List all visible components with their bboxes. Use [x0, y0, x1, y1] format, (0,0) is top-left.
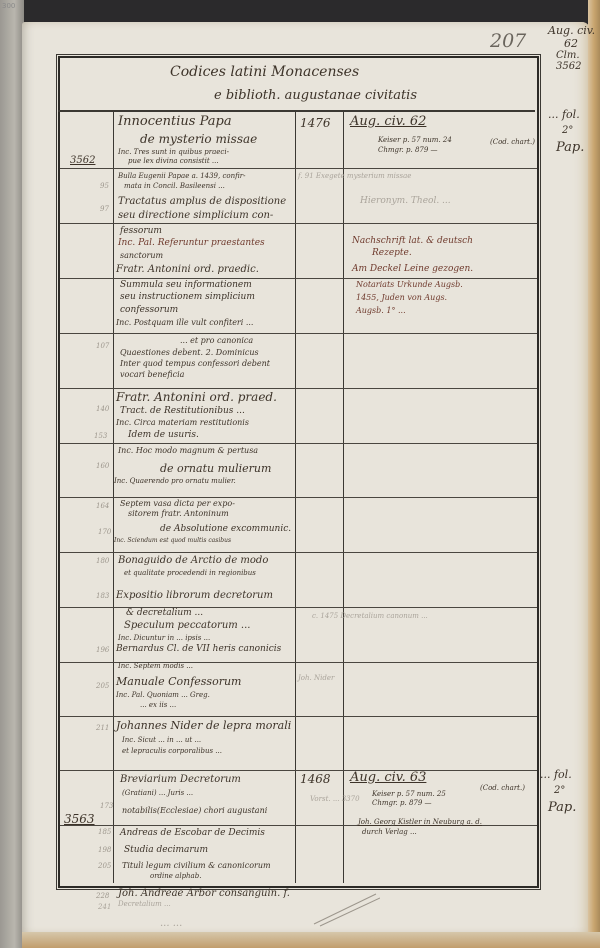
pencil-strike-icon — [310, 890, 380, 930]
margin-format-upper: ... fol. 2° Pap. — [548, 108, 598, 155]
folio: 153 — [94, 432, 107, 440]
folio: 211 — [96, 724, 109, 732]
row-divider — [60, 497, 537, 498]
row-divider — [60, 716, 537, 717]
folio: 95 — [100, 182, 109, 190]
shelfmark: 3563 — [64, 812, 95, 826]
scan-top-shadow — [0, 0, 600, 24]
margin-shelfmark-top: Aug. civ. 62 Clm. 3562 — [548, 24, 598, 72]
folio: 164 — [96, 502, 109, 510]
folio-number: 207 — [490, 30, 526, 52]
year: 1476 — [300, 116, 331, 130]
header-line-2: e biblioth. augustanae civitatis — [214, 88, 417, 103]
row-divider — [60, 333, 537, 334]
row-divider — [60, 278, 537, 279]
row-divider — [60, 168, 537, 169]
folio: 198 — [98, 846, 111, 854]
folio: 205 — [96, 682, 109, 690]
shelfmark: 3562 — [70, 155, 95, 166]
folio: 196 — [96, 646, 109, 654]
folio: 180 — [96, 557, 109, 565]
margin-format-lower: ... fol. 2° Pap. — [540, 768, 598, 815]
row-divider — [60, 388, 537, 389]
row-divider — [60, 552, 537, 553]
folio: 183 — [96, 592, 109, 600]
catalog-table-frame — [58, 56, 539, 888]
row-divider — [60, 223, 537, 224]
folio: 97 — [100, 205, 109, 213]
scan-label: 300 — [2, 2, 15, 10]
folio: 205 — [98, 862, 111, 870]
folio: 107 — [96, 342, 109, 350]
row-divider — [60, 443, 537, 444]
folio: 228 — [96, 892, 109, 900]
year: 1468 — [300, 772, 331, 786]
folio: 170 — [98, 528, 111, 536]
previous-page-edge — [0, 0, 24, 948]
row-divider — [60, 770, 537, 771]
folio: 185 — [98, 828, 111, 836]
header-line-1: Codices latini Monacenses — [170, 64, 359, 80]
folio: 160 — [96, 462, 109, 470]
page-edge-bottom — [22, 932, 600, 948]
folio: 173 — [100, 802, 113, 810]
folio: 140 — [96, 405, 109, 413]
